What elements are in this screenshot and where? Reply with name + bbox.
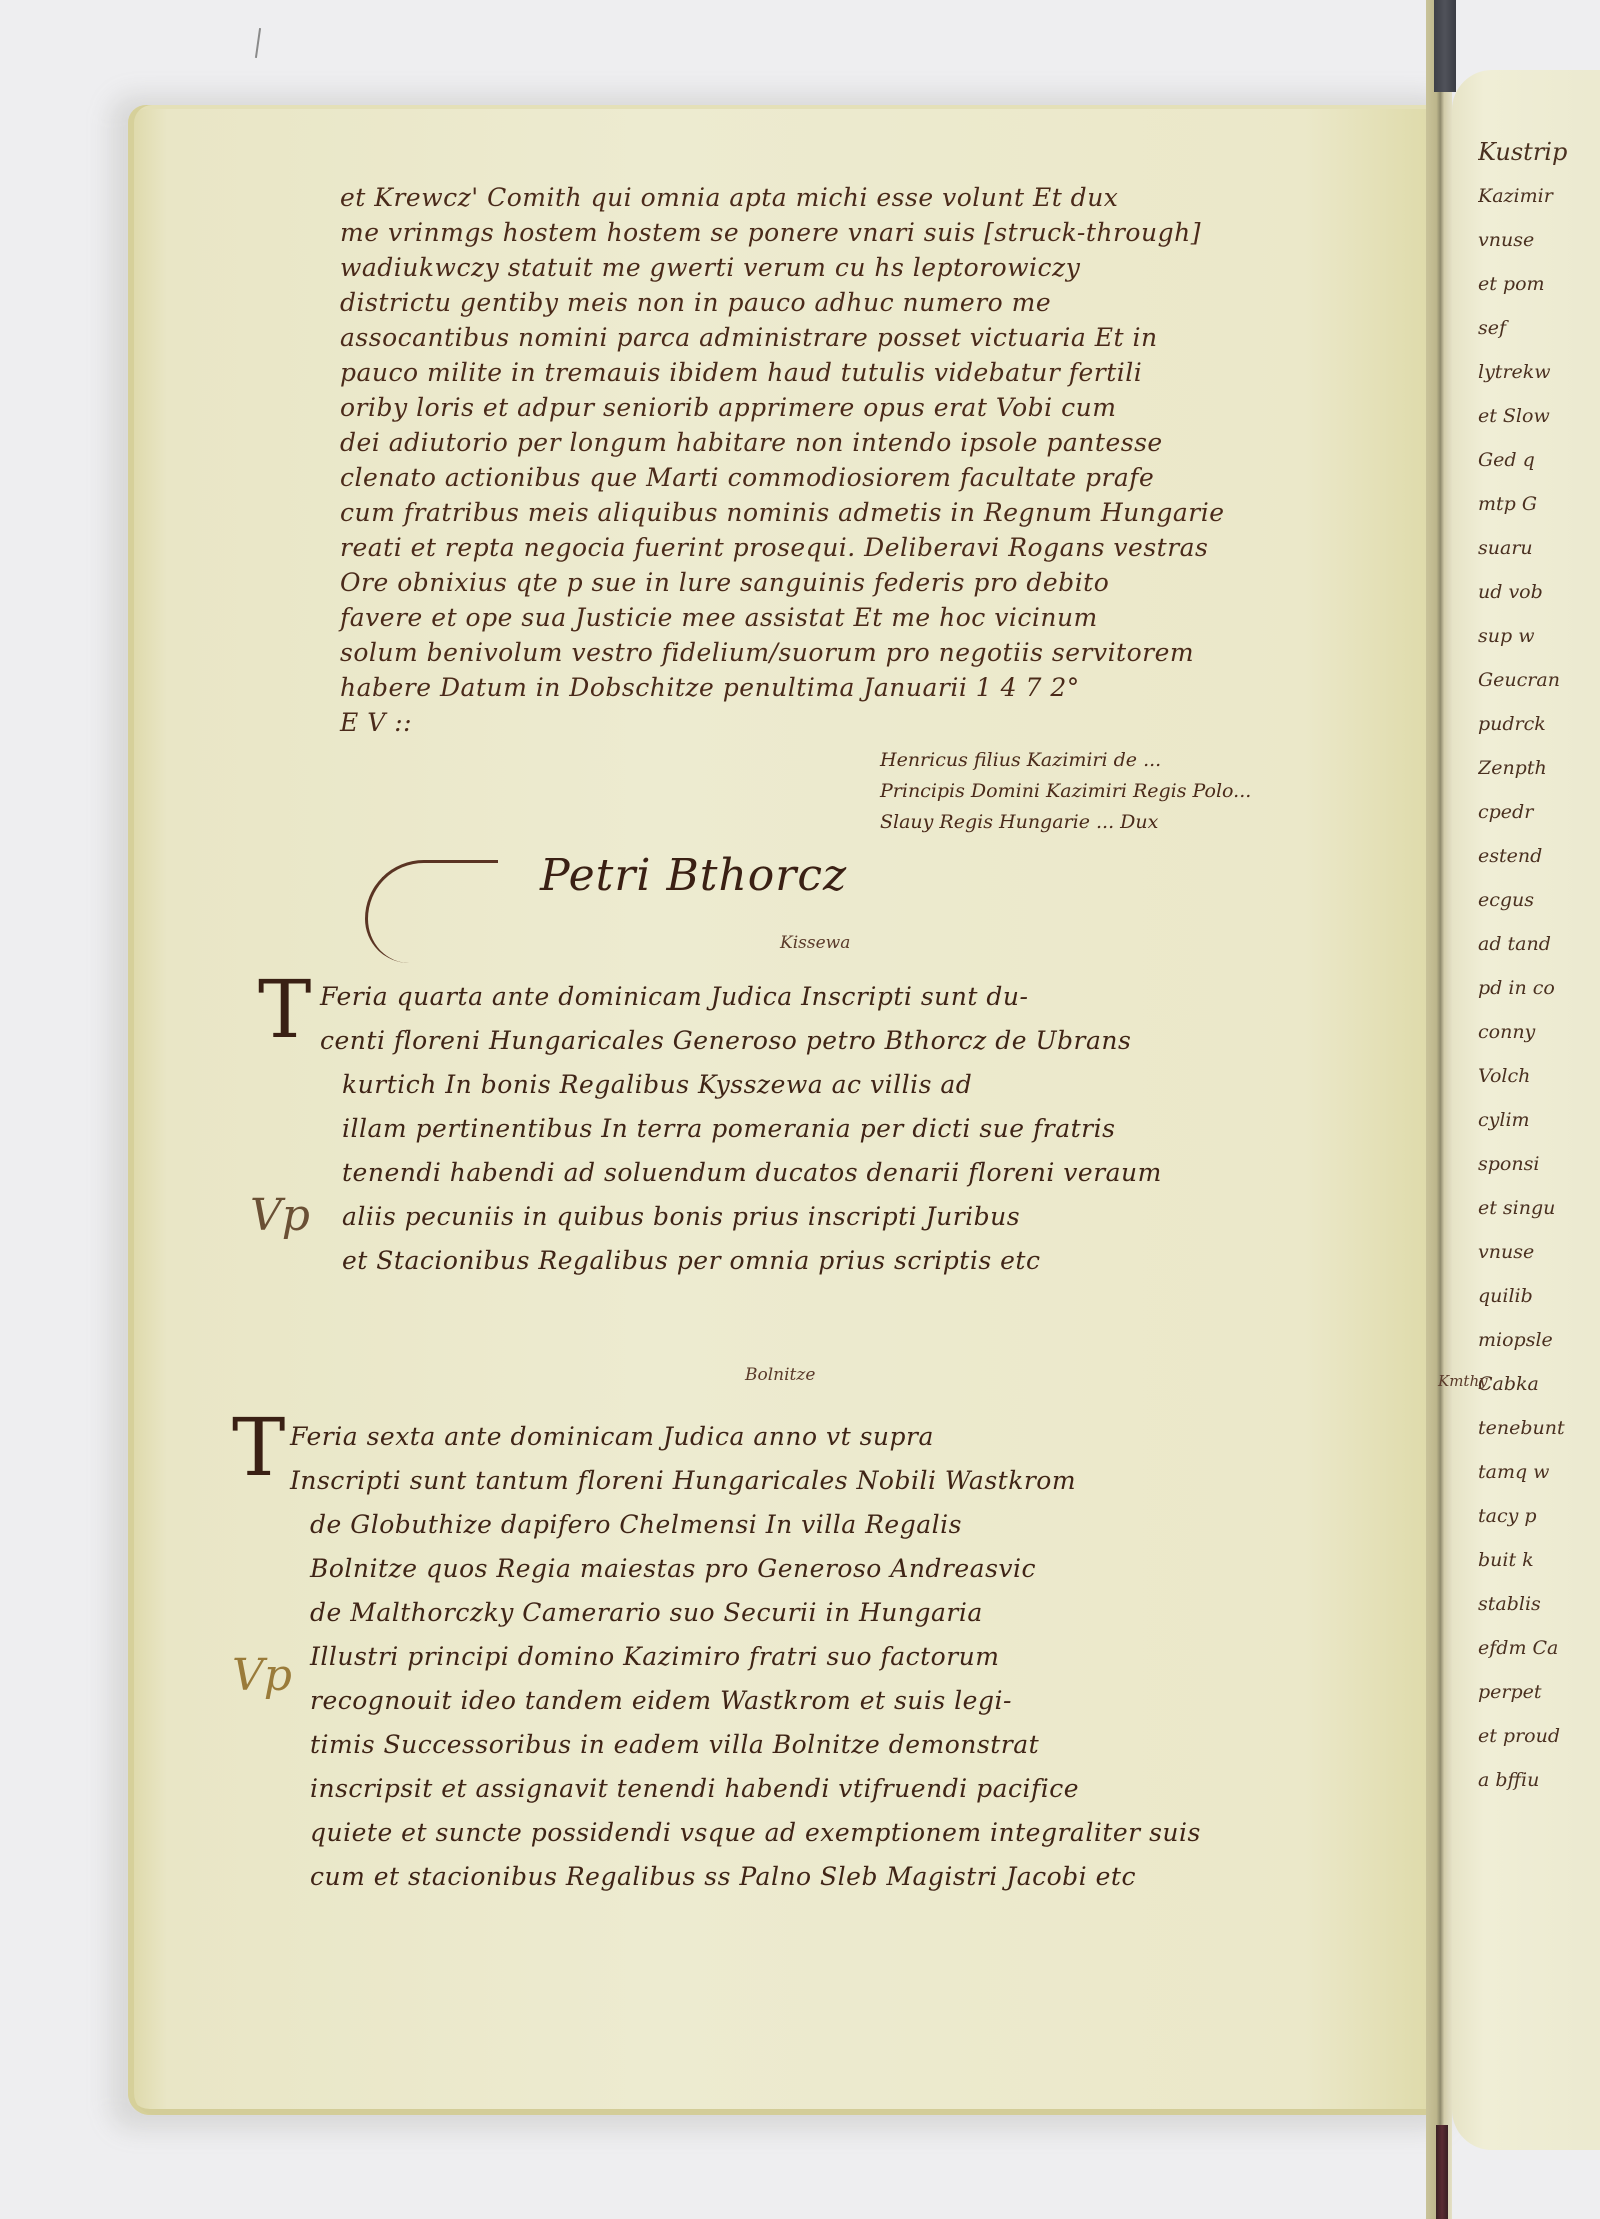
facing-heading: Kustrip xyxy=(1478,130,1600,174)
margin-note: Vp xyxy=(232,1650,292,1701)
letter-body: et Krewcz' Comith qui omnia apta michi e… xyxy=(340,180,1340,740)
letter-closing: E V :: xyxy=(340,705,1340,740)
signature-line: Principis Domini Kazimiri Regis Polo... xyxy=(880,776,1251,807)
facing-line: Ged q xyxy=(1478,438,1600,482)
facing-line: efdm Ca xyxy=(1478,1626,1600,1670)
facing-line: conny xyxy=(1478,1010,1600,1054)
letter-line: cum fratribus meis aliquibus nominis adm… xyxy=(340,495,1340,530)
facing-line: ecgus xyxy=(1478,878,1600,922)
letter-line: oriby loris et adpur seniorib apprimere … xyxy=(340,390,1340,425)
signature-line: Slauy Regis Hungarie ... Dux xyxy=(880,807,1251,838)
book-gutter xyxy=(1426,0,1452,2219)
letter-line: solum benivolum vestro fidelium/suorum p… xyxy=(340,635,1340,670)
section-heading: Petri Bthorcz xyxy=(540,850,847,901)
facing-line: Volch xyxy=(1478,1054,1600,1098)
entry-line: tenendi habendi ad soluendum ducatos den… xyxy=(320,1151,1162,1195)
letter-line: clenato actionibus que Marti commodiosio… xyxy=(340,460,1340,495)
facing-line: suaru xyxy=(1478,526,1600,570)
entry-line: recognouit ideo tandem eidem Wastkrom et… xyxy=(290,1679,1201,1723)
entry-line: de Globuthize dapifero Chelmensi In vill… xyxy=(290,1503,1201,1547)
margin-note: Vp xyxy=(250,1190,310,1241)
facing-line: mtp G xyxy=(1478,482,1600,526)
facing-line: cpedr xyxy=(1478,790,1600,834)
facing-line: Kazimir xyxy=(1478,174,1600,218)
spine-band-top xyxy=(1434,0,1456,92)
facing-line: perpet xyxy=(1478,1670,1600,1714)
letter-line: habere Datum in Dobschitze penultima Jan… xyxy=(340,670,1340,705)
letter-line: districtu gentiby meis non in pauco adhu… xyxy=(340,285,1340,320)
entry-line: timis Successoribus in eadem villa Bolni… xyxy=(290,1723,1201,1767)
letter-line: reati et repta negocia fuerint prosequi.… xyxy=(340,530,1340,565)
facing-line: ad tand xyxy=(1478,922,1600,966)
entry-line: cum et stacionibus Regalibus ss Palno Sl… xyxy=(290,1855,1201,1899)
facing-line: lytrekw xyxy=(1478,350,1600,394)
heading-flourish xyxy=(365,860,498,963)
letter-line: Ore obnixius qte p sue in lure sanguinis… xyxy=(340,565,1340,600)
letter-line: me vrinmgs hostem hostem se ponere vnari… xyxy=(340,215,1340,250)
entry-line: et Stacionibus Regalibus per omnia prius… xyxy=(320,1239,1162,1283)
facing-line: sef xyxy=(1478,306,1600,350)
facing-line: quilib xyxy=(1478,1274,1600,1318)
facing-line: Cabka xyxy=(1478,1362,1600,1406)
facing-line: cylim xyxy=(1478,1098,1600,1142)
decorated-initial: T xyxy=(232,1408,285,1488)
pencil-mark xyxy=(255,28,261,58)
letter-line: wadiukwczy statuit me gwerti verum cu hs… xyxy=(340,250,1340,285)
entry-line: Inscripti sunt tantum floreni Hungarical… xyxy=(290,1459,1201,1503)
facing-line: et proud xyxy=(1478,1714,1600,1758)
facing-line: miopsle xyxy=(1478,1318,1600,1362)
letter-line: pauco milite in tremauis ibidem haud tut… xyxy=(340,355,1340,390)
entry-line: centi floreni Hungaricales Generoso petr… xyxy=(320,1019,1162,1063)
facing-line: buit k xyxy=(1478,1538,1600,1582)
decorated-initial: T xyxy=(258,970,311,1050)
entry-line: quiete et suncte possidendi vsque ad exe… xyxy=(290,1811,1201,1855)
entry-line: kurtich In bonis Regalibus Kysszewa ac v… xyxy=(320,1063,1162,1107)
facing-page-text: Kustrip Kazimir vnuse et pom sef lytrekw… xyxy=(1478,130,1600,1802)
facing-line: Geucran xyxy=(1478,658,1600,702)
facing-line: Zenpth xyxy=(1478,746,1600,790)
entry-line: Feria sexta ante dominicam Judica anno v… xyxy=(290,1415,1201,1459)
facing-line: tamq w xyxy=(1478,1450,1600,1494)
letter-line: assocantibus nomini parca administrare p… xyxy=(340,320,1340,355)
facing-line: pd in co xyxy=(1478,966,1600,1010)
facing-line: sponsi xyxy=(1478,1142,1600,1186)
signature-block: Henricus filius Kazimiri de ... Principi… xyxy=(880,745,1251,838)
entry-bolnitze: Feria sexta ante dominicam Judica anno v… xyxy=(290,1415,1201,1899)
letter-line: dei adiutorio per longum habitare non in… xyxy=(340,425,1340,460)
facing-line: a bffiu xyxy=(1478,1758,1600,1802)
facing-line: ud vob xyxy=(1478,570,1600,614)
facing-margin-note: Kmthy xyxy=(1438,1372,1488,1390)
facing-line: vnuse xyxy=(1478,218,1600,262)
entry-subheading: Bolnitze xyxy=(745,1365,815,1385)
entry-line: illam pertinentibus In terra pomerania p… xyxy=(320,1107,1162,1151)
entry-subheading: Kissewa xyxy=(780,933,850,953)
facing-line: sup w xyxy=(1478,614,1600,658)
letter-line: et Krewcz' Comith qui omnia apta michi e… xyxy=(340,180,1340,215)
entry-line: Illustri principi domino Kazimiro fratri… xyxy=(290,1635,1201,1679)
entry-line: Feria quarta ante dominicam Judica Inscr… xyxy=(320,975,1162,1019)
facing-line: et Slow xyxy=(1478,394,1600,438)
facing-line: et singu xyxy=(1478,1186,1600,1230)
facing-line: stablis xyxy=(1478,1582,1600,1626)
entry-line: de Malthorczky Camerario suo Securii in … xyxy=(290,1591,1201,1635)
facing-line: tacy p xyxy=(1478,1494,1600,1538)
entry-line: inscripsit et assignavit tenendi habendi… xyxy=(290,1767,1201,1811)
facing-line: estend xyxy=(1478,834,1600,878)
signature-line: Henricus filius Kazimiri de ... xyxy=(880,745,1251,776)
entry-kissewa: Feria quarta ante dominicam Judica Inscr… xyxy=(320,975,1162,1283)
entry-line: Bolnitze quos Regia maiestas pro Generos… xyxy=(290,1547,1201,1591)
letter-line: favere et ope sua Justicie mee assistat … xyxy=(340,600,1340,635)
spine-band-bottom xyxy=(1436,2125,1448,2219)
facing-line: pudrck xyxy=(1478,702,1600,746)
facing-line: tenebunt xyxy=(1478,1406,1600,1450)
facing-line: et pom xyxy=(1478,262,1600,306)
entry-line: aliis pecuniis in quibus bonis prius ins… xyxy=(320,1195,1162,1239)
facing-line: vnuse xyxy=(1478,1230,1600,1274)
